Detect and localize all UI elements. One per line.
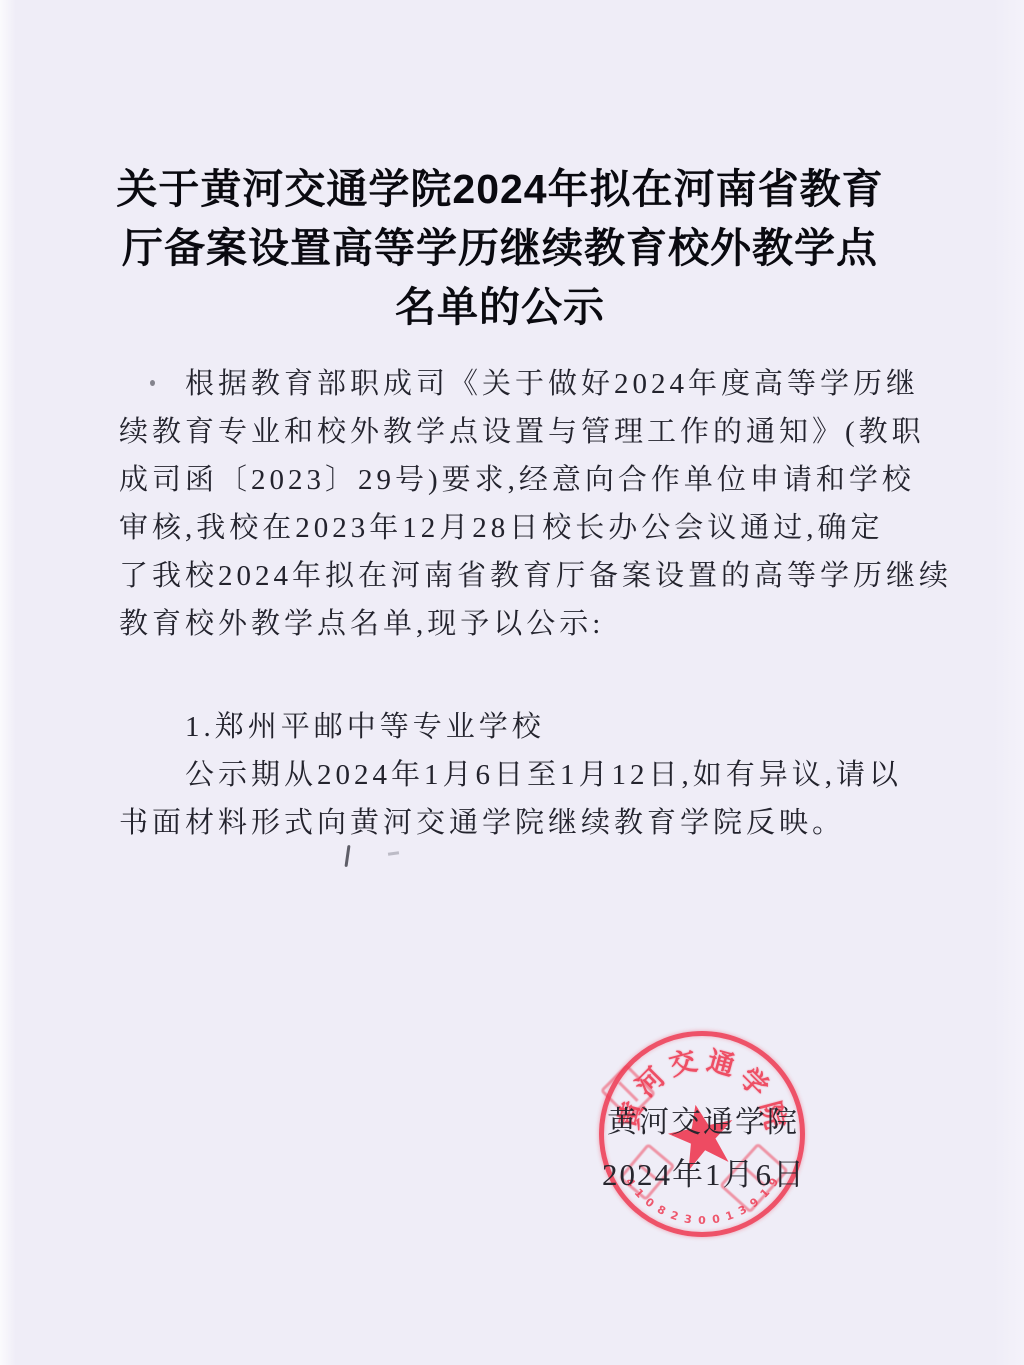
- body-line: 公示期从2024年1月6日至1月12日,如有异议,请以: [119, 751, 911, 799]
- stamp-overlap-mark: [719, 1142, 789, 1213]
- title-line: 关于黄河交通学院2024年拟在河南省教育: [30, 160, 970, 219]
- document-body: 根据教育部职成司《关于做好2024年度高等学历继 续教育专业和校外教学点设置与管…: [119, 360, 911, 847]
- body-line: 了我校2024年拟在河南省教育厅备案设置的高等学历继续: [119, 552, 911, 600]
- seal-ring: [599, 1031, 805, 1237]
- stamp-overlap-mark: [618, 1143, 675, 1201]
- seal-arc-text: 黄河交通学院: [599, 1031, 805, 1237]
- scan-artifact-dot: [150, 380, 155, 386]
- body-line: 教育校外教学点名单,现予以公示:: [119, 600, 911, 648]
- scan-artifact-slash: [344, 845, 350, 867]
- paragraph-gap: [119, 648, 911, 703]
- body-line: 成司函〔2023〕29号)要求,经意向合作单位申请和学校: [119, 456, 911, 504]
- signature-date: 2024年1月6日: [602, 1149, 806, 1194]
- scan-artifact-dash: [388, 851, 399, 856]
- title-line: 厅备案设置高等学历继续教育校外教学点: [30, 219, 970, 278]
- stamp-overlap-mark: [600, 1064, 657, 1121]
- body-line: 根据教育部职成司《关于做好2024年度高等学历继: [119, 360, 911, 408]
- title-line: 名单的公示: [30, 278, 970, 337]
- document-title: 关于黄河交通学院2024年拟在河南省教育 厅备案设置高等学历继续教育校外教学点 …: [30, 160, 970, 337]
- body-line: 书面材料形式向黄河交通学院继续教育学院反映。: [119, 799, 911, 847]
- body-line: 审核,我校在2023年12月28日校长办公会议通过,确定: [119, 504, 911, 552]
- official-seal: 黄河交通学院 4108230013919: [599, 1031, 805, 1237]
- list-item-line: 1.郑州平邮中等专业学校: [119, 703, 911, 751]
- seal-serial: 4108230013919: [599, 1031, 805, 1237]
- star-icon: [663, 1098, 741, 1173]
- signature-org: 黄河交通学院: [607, 1097, 799, 1141]
- body-line: 续教育专业和校外教学点设置与管理工作的通知》(教职: [119, 408, 911, 456]
- scanned-document-page: 关于黄河交通学院2024年拟在河南省教育 厅备案设置高等学历继续教育校外教学点 …: [0, 0, 1024, 1365]
